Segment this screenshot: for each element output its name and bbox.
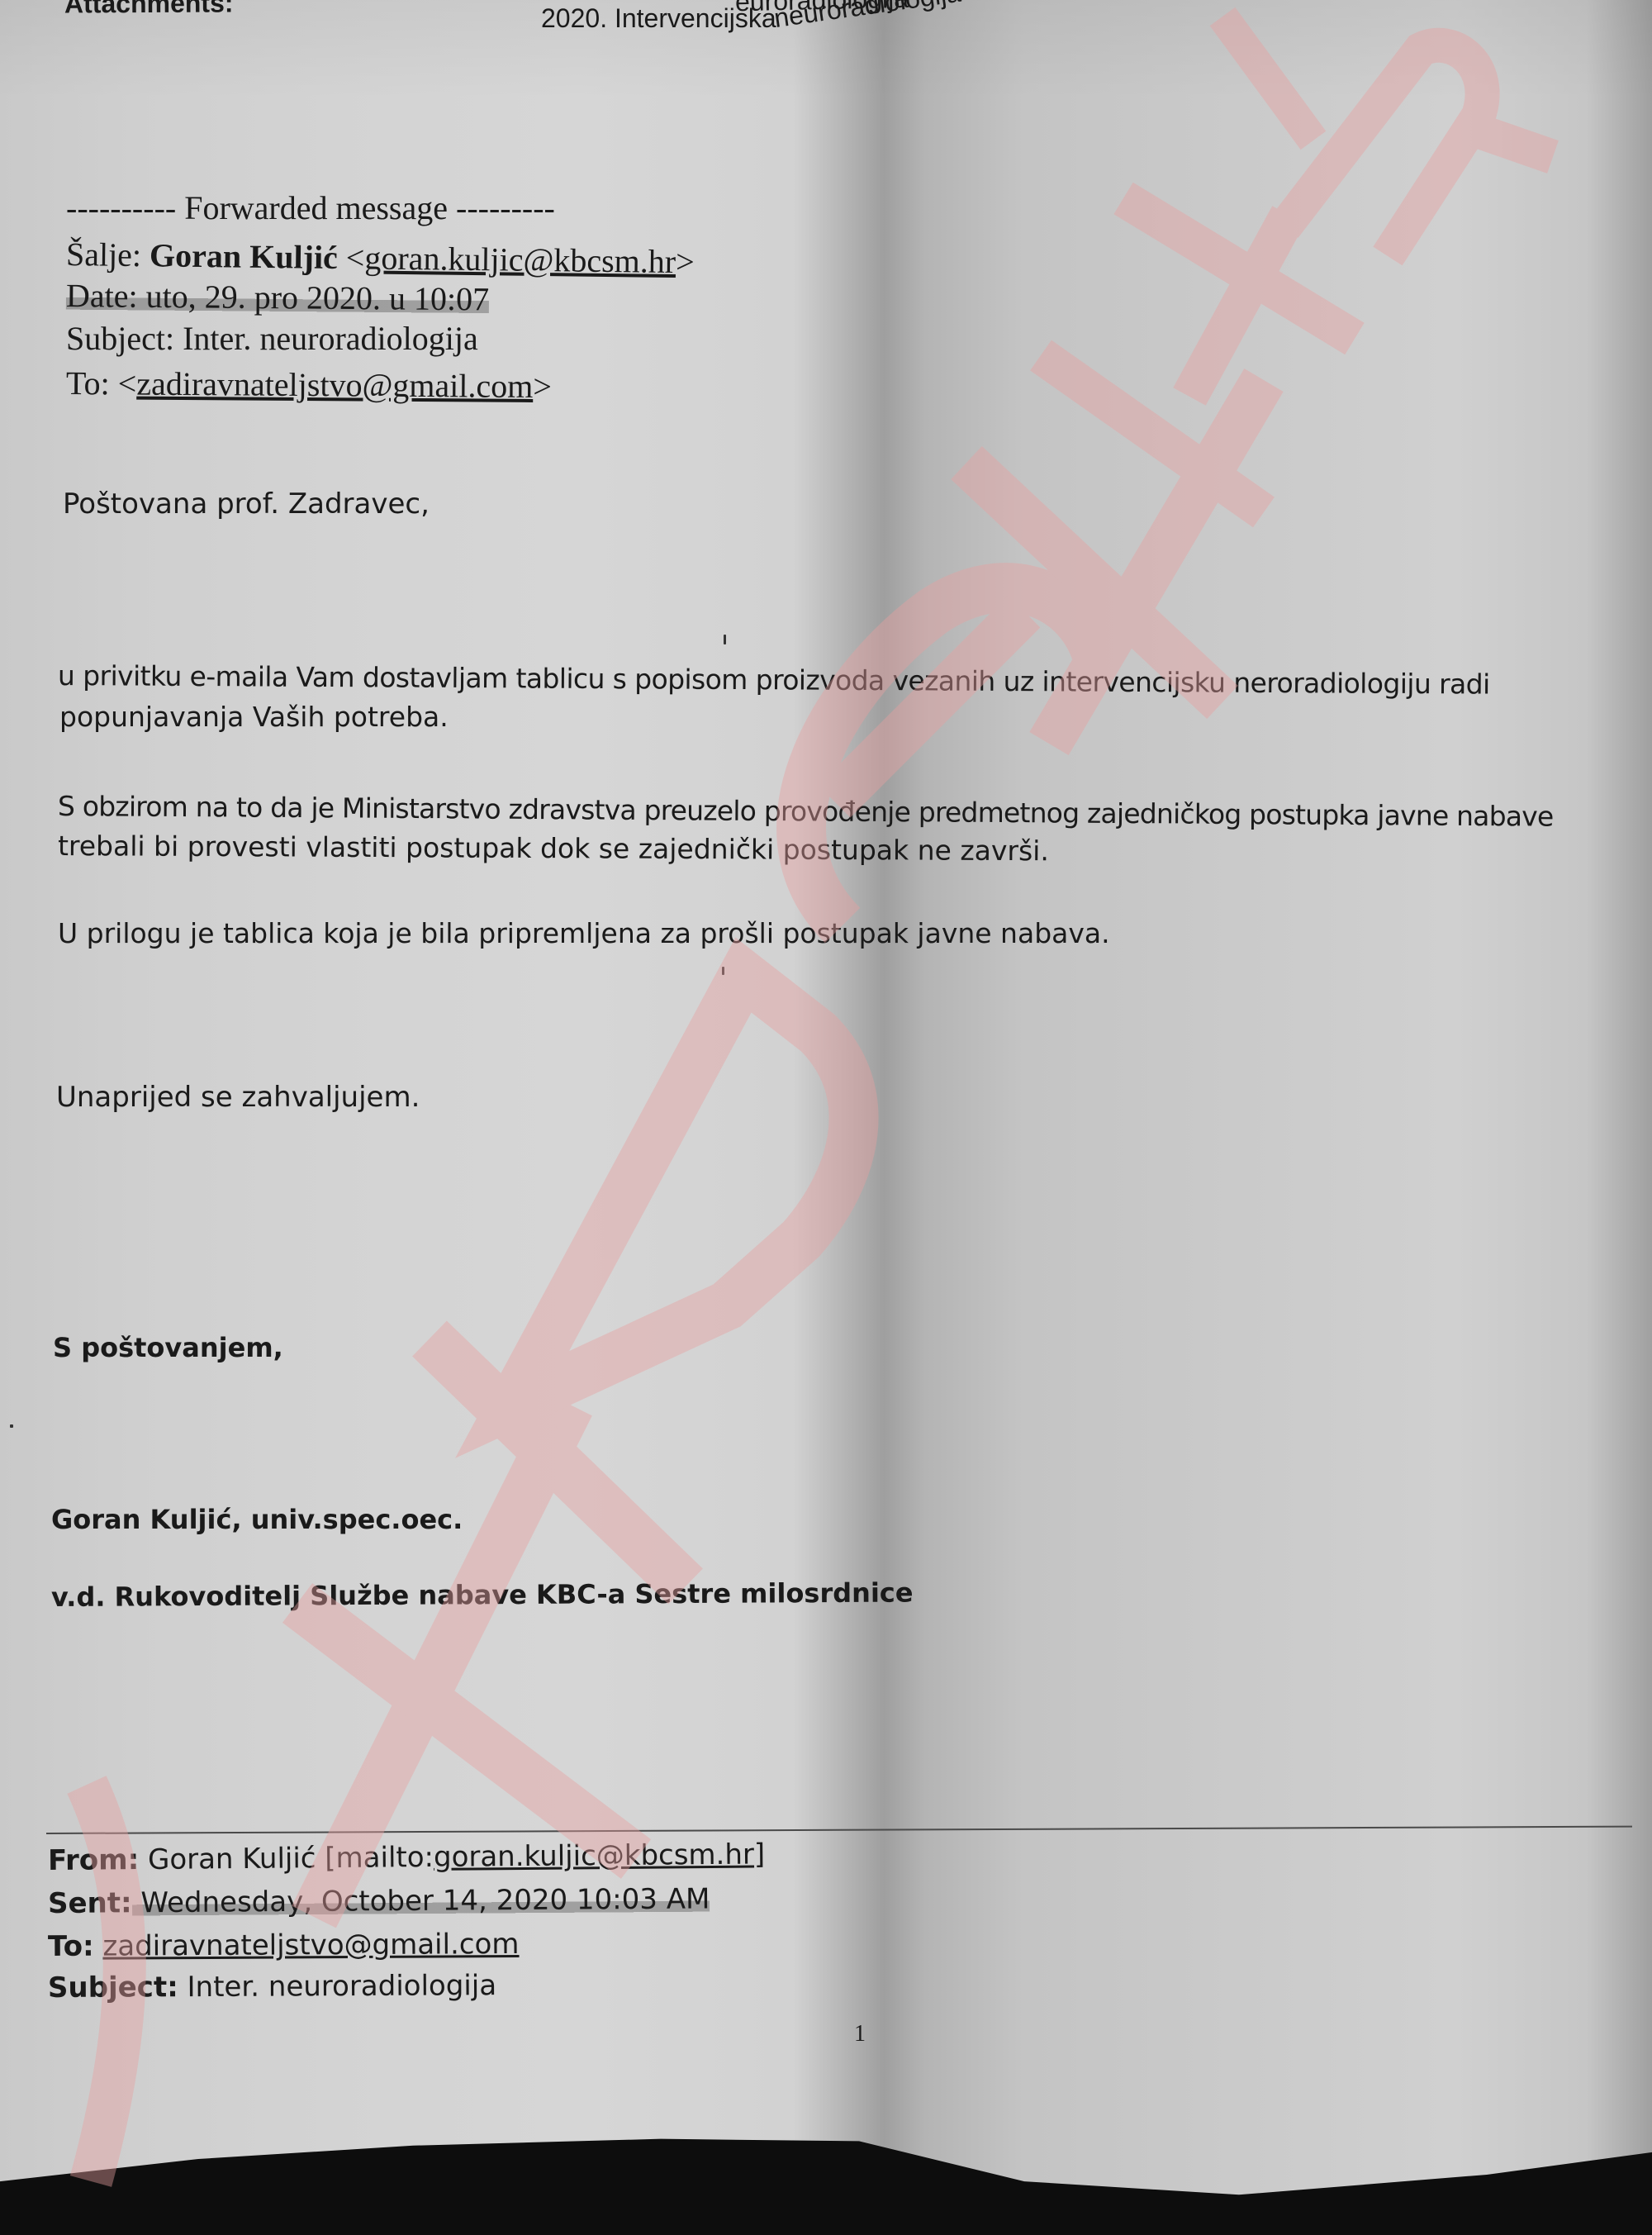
original-sent: Sent: Wednesday, October 14, 2020 10:03 … (48, 1882, 710, 1920)
forwarded-to: To: <zadiravnateljstvo@gmail.com> (66, 364, 552, 406)
forwarded-from: Šalje: Goran Kuljić <goran.kuljic@kbcsm.… (66, 235, 695, 281)
paragraph-3: U prilogu je tablica koja je bila pripre… (58, 917, 1110, 949)
page-number: 1 (854, 2021, 866, 2047)
signature-name: Goran Kuljić, univ.spec.oec. (51, 1504, 463, 1535)
greeting: Poštovana prof. Zadravec, (63, 487, 430, 521)
closing: S poštovanjem, (53, 1332, 283, 1363)
date-value: uto, 29. pro 2020. u 10:07 (145, 278, 489, 318)
sent-value: Wednesday, October 14, 2020 10:03 AM (131, 1882, 710, 1919)
original-recipient-email-link[interactable]: zadiravnateljstvo@gmail.com (102, 1928, 519, 1963)
forwarded-message-title: ---------- Forwarded message --------- (66, 188, 555, 227)
forwarded-date: Date: uto, 29. pro 2020. u 10:07 (66, 276, 490, 318)
original-to: To: zadiravnateljstvo@gmail.com (48, 1928, 520, 1963)
signature-title: v.d. Rukovoditelj Službe nabave KBC-a Se… (51, 1577, 914, 1613)
sender-name: Goran Kuljić (150, 236, 338, 276)
attachment-file-2: 2020. Intervencijska neuroradiologija - … (541, 3, 1154, 34)
thanks-line: Unaprijed se zahvaljujem. (56, 1081, 420, 1114)
recipient-email-link[interactable]: zadiravnateljstvo@gmail.com (136, 365, 533, 405)
sender-email-link[interactable]: goran.kuljic@kbcsm.hr (364, 239, 676, 280)
attachments-label: Attachments: (64, 0, 234, 20)
original-sender-email-link[interactable]: goran.kuljic@kbcsm.hr (434, 1838, 754, 1874)
original-subject: Subject: Inter. neuroradiologija (48, 1969, 496, 2004)
original-from: From: Goran Kuljić [mailto:goran.kuljic@… (48, 1838, 766, 1877)
paragraph-1-line-2: popunjavanja Vaših potreba. (59, 701, 449, 733)
forwarded-subject: Subject: Inter. neuroradiologija (66, 319, 478, 358)
paragraph-2-line-2: trebali bi provesti vlastiti postupak do… (58, 830, 1049, 867)
